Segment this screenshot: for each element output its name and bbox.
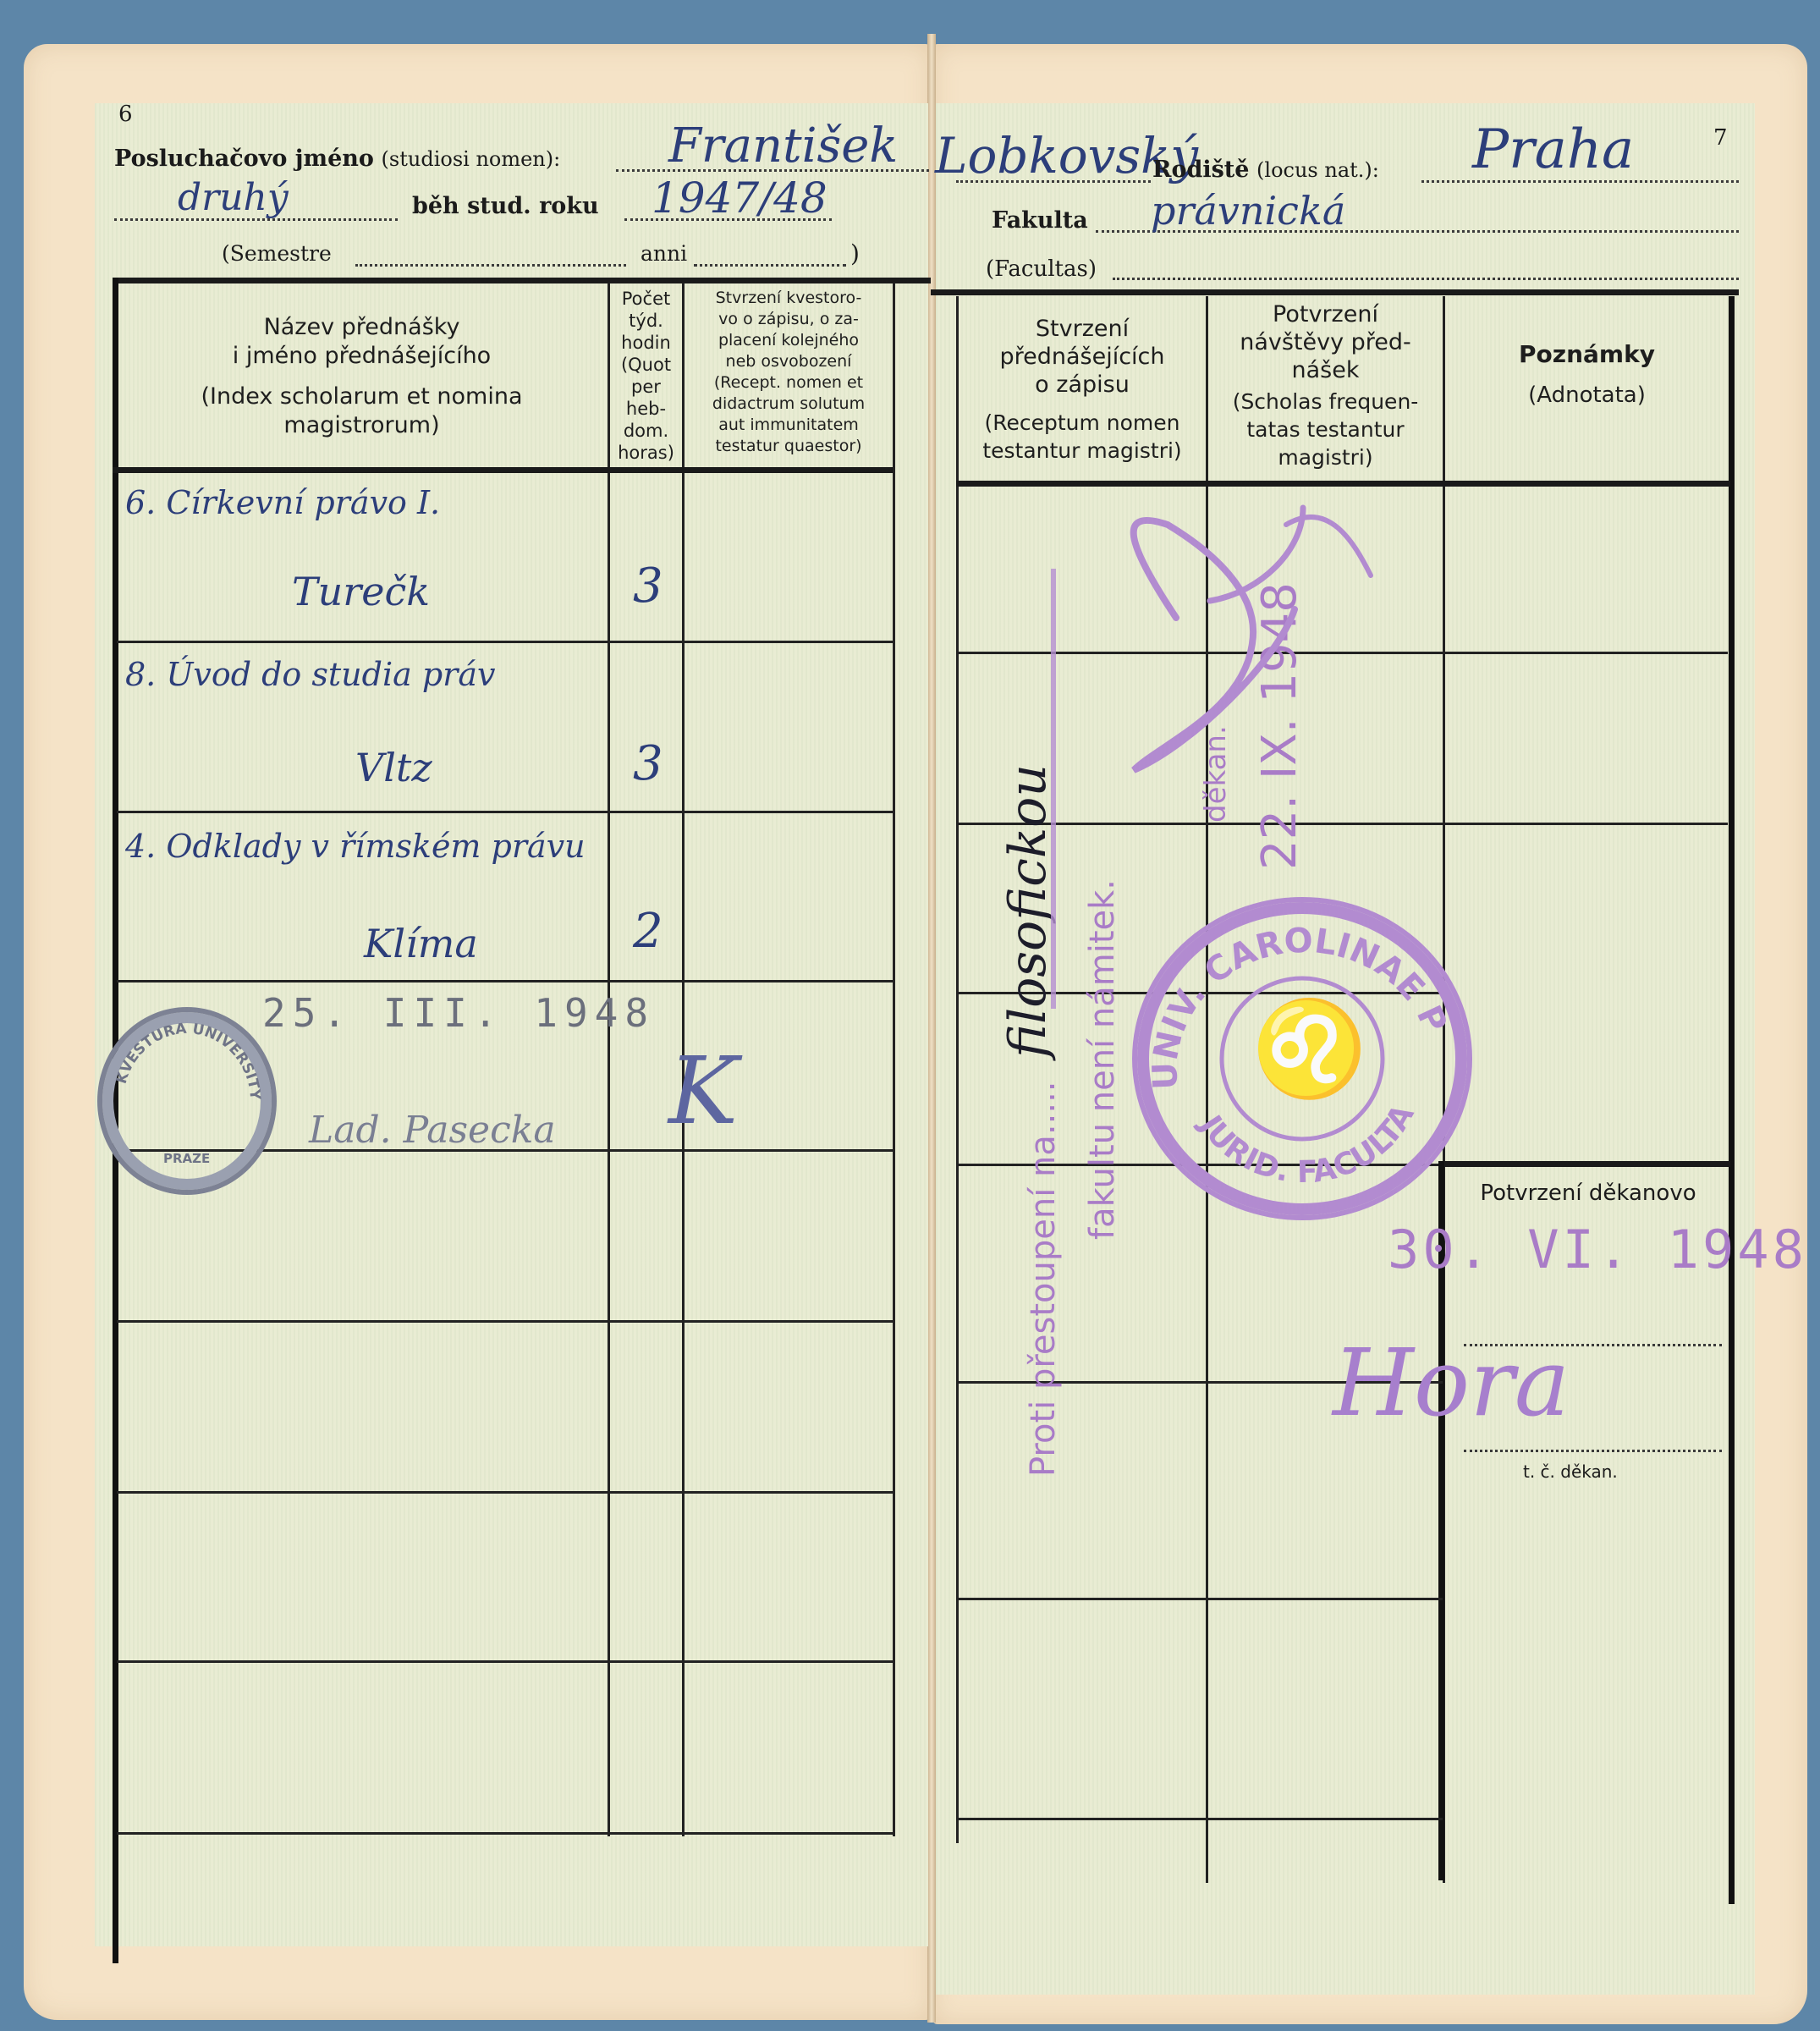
faculty-label-latin: (Facultas) bbox=[986, 256, 1097, 282]
quaestor-stamp-text: KVESTURA UNIVERSITY PRAZE bbox=[102, 1012, 272, 1190]
header-weekly-hours: Počet týd. hodin (Quot per heb- dom. hor… bbox=[610, 288, 682, 464]
quaestor-stamp-date: 25. III. 1948 bbox=[262, 990, 655, 1036]
faculty-label: Fakulta bbox=[992, 207, 1088, 234]
quaestor-signature: Lad. Pasecka bbox=[309, 1109, 556, 1152]
transfer-stamp-line2: fakultu není námitek. bbox=[1083, 879, 1122, 1240]
dean-footer: t. č. děkan. bbox=[1523, 1461, 1618, 1482]
student-name-label: Posluchačovo jméno (studiosi nomen): bbox=[114, 146, 560, 172]
dean-box-top-border bbox=[1443, 1161, 1730, 1167]
semester-label: (Semestre bbox=[222, 241, 332, 266]
right-row-line bbox=[958, 1598, 1443, 1600]
faculty-value: právnická bbox=[1151, 188, 1345, 234]
dean-signature-line-2 bbox=[1464, 1450, 1722, 1452]
left-row-line bbox=[117, 1320, 893, 1323]
right-table-right-border bbox=[1729, 296, 1735, 1904]
page-number-right: 7 bbox=[1713, 125, 1728, 151]
course-title: 8. Úvod do studia práv bbox=[125, 656, 495, 693]
book-spine bbox=[927, 34, 936, 2023]
left-row-line bbox=[117, 1660, 893, 1663]
svg-text:KVESTURA UNIVERSITY: KVESTURA UNIVERSITY bbox=[113, 1021, 264, 1101]
header-lecturer-confirmation: Stvrzení přednášejících o zápisu (Recept… bbox=[959, 315, 1206, 465]
quaestor-round-stamp: KVESTURA UNIVERSITY PRAZE bbox=[97, 1007, 277, 1195]
university-seal: UNIV. CAROLINAE PRAG. JURID. FACULTATIS … bbox=[1132, 897, 1472, 1220]
weekly-hours: 2 bbox=[633, 904, 663, 959]
svg-text:PRAZE: PRAZE bbox=[163, 1151, 210, 1166]
dean-confirmation-title: Potvrzení děkanovo bbox=[1449, 1181, 1728, 1206]
course-title: 6. Církevní právo I. bbox=[125, 484, 440, 521]
lecturer-name: Klíma bbox=[364, 921, 478, 966]
left-table-header-bottom bbox=[113, 467, 893, 473]
right-row-line bbox=[958, 1818, 1443, 1820]
academic-year: 1947/48 bbox=[652, 173, 828, 223]
transfer-stamp-underline bbox=[1051, 569, 1056, 1009]
dean-confirmation-signature: Hora bbox=[1333, 1329, 1570, 1437]
header-quaestor-confirmation: Stvrzení kvestoro- vo o zápisu, o za- pl… bbox=[685, 288, 893, 457]
header-notes: Poznámky (Adnotata) bbox=[1445, 340, 1729, 410]
transfer-handwritten-faculty: filosofickou bbox=[998, 764, 1058, 1058]
year-of-study-value: druhý bbox=[178, 176, 289, 219]
quaestor-column-signature: K bbox=[668, 1037, 738, 1145]
birthplace-value: Praha bbox=[1472, 118, 1634, 181]
right-table-top-border bbox=[931, 289, 1739, 295]
left-row-line bbox=[117, 811, 893, 813]
left-table-top-border bbox=[113, 278, 931, 283]
lecturer-name: Turečk bbox=[292, 569, 430, 614]
transfer-stamp-line1: Proti přestoupení na..... bbox=[1024, 1081, 1063, 1477]
left-row-line bbox=[117, 980, 893, 982]
closing-paren: ) bbox=[850, 239, 860, 267]
dean-signature-purple bbox=[1075, 491, 1413, 846]
student-first-name: František bbox=[668, 118, 898, 173]
left-table-col-divider-1 bbox=[608, 283, 610, 1836]
weekly-hours: 3 bbox=[633, 736, 663, 791]
semester-line bbox=[355, 264, 626, 267]
right-table-header-bottom bbox=[956, 481, 1730, 487]
birthplace-label: Rodiště (locus nat.): bbox=[1152, 157, 1379, 183]
header-attendance-confirmation: Potvrzení návštěvy před- nášek (Scholas … bbox=[1208, 300, 1443, 471]
anni-label: anni bbox=[641, 241, 687, 266]
left-row-line bbox=[117, 1832, 893, 1835]
right-table-left-border bbox=[956, 296, 959, 1843]
dean-confirmation-date: 30. VI. 1948 bbox=[1388, 1219, 1807, 1280]
facultas-line bbox=[1113, 278, 1739, 280]
lion-emblem-icon: ♌ bbox=[1251, 1002, 1367, 1095]
surname-line bbox=[956, 180, 1151, 183]
page-number-left: 6 bbox=[118, 102, 133, 127]
lecturer-name: Vltz bbox=[355, 745, 432, 790]
left-table-right-border bbox=[893, 283, 895, 1836]
header-course-name: Název přednášky i jméno přednášejícího (… bbox=[118, 313, 605, 440]
weekly-hours: 3 bbox=[633, 559, 663, 614]
left-row-line bbox=[117, 1491, 893, 1494]
course-title: 4. Odklady v římském právu bbox=[125, 828, 586, 865]
anni-line bbox=[694, 264, 846, 267]
year-of-study-label: běh stud. roku bbox=[412, 193, 599, 219]
left-row-line bbox=[117, 641, 893, 643]
